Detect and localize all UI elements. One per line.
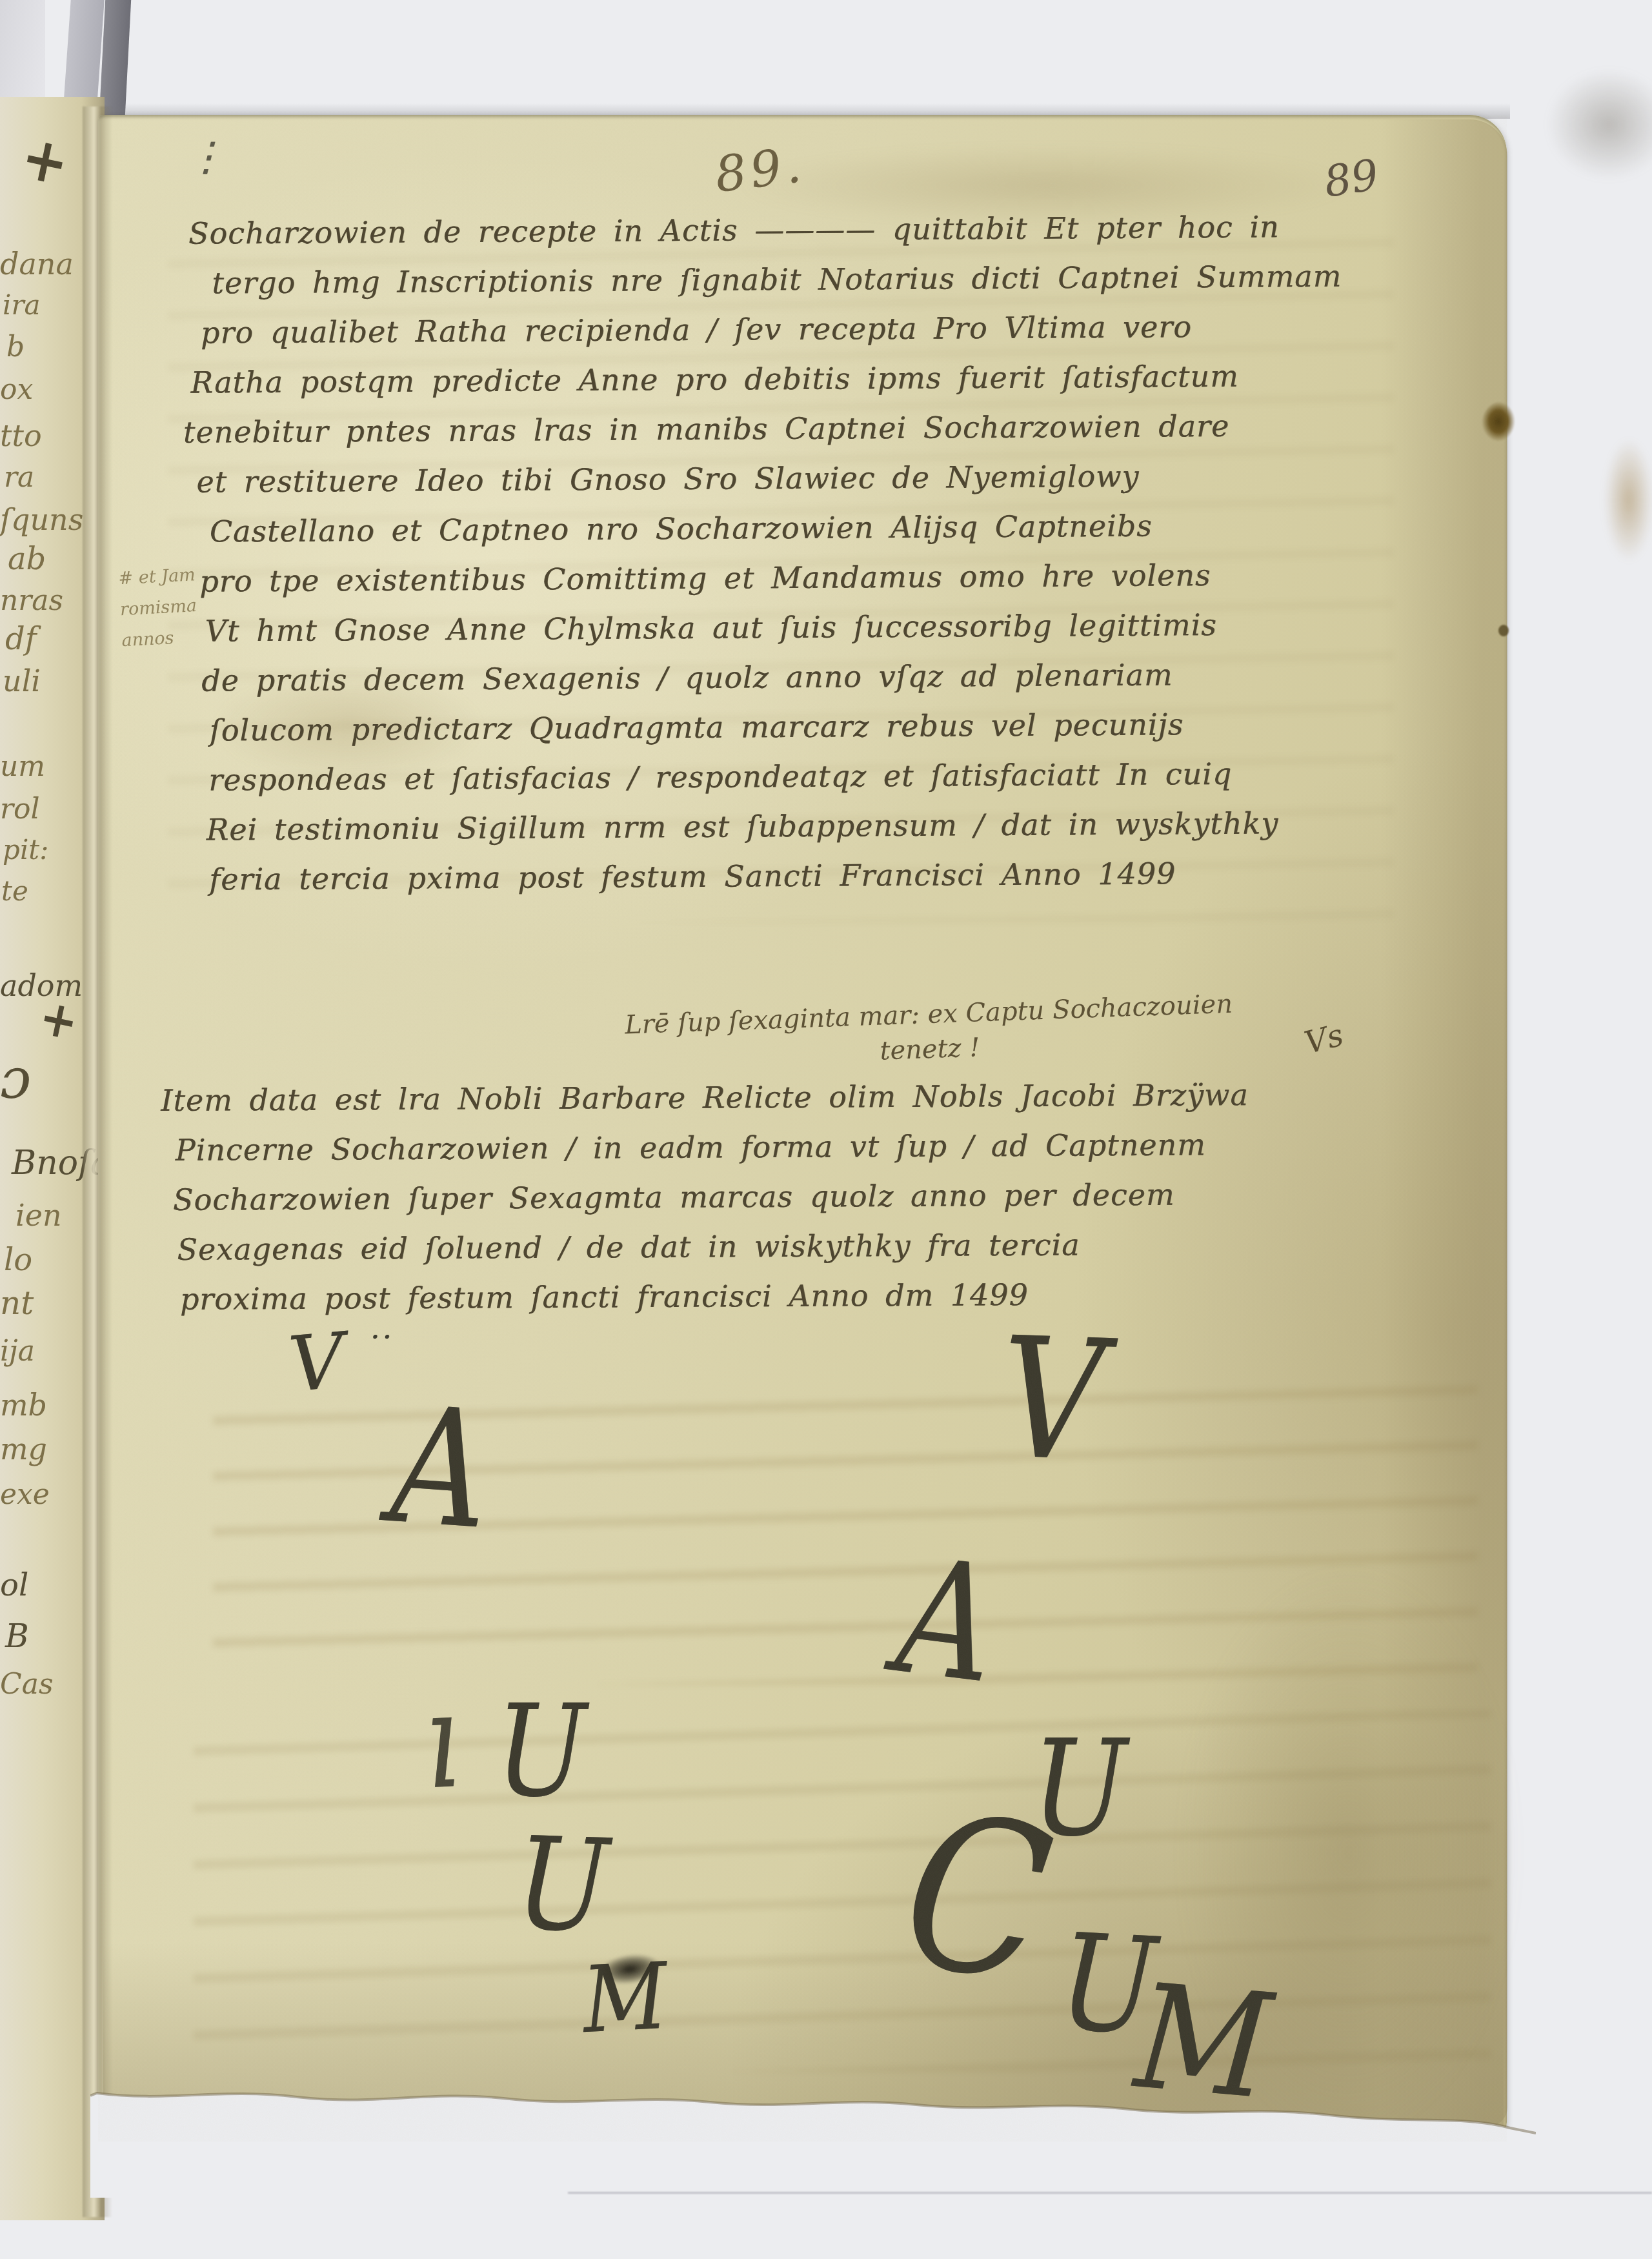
margin-fragment: adom xyxy=(0,968,83,1003)
margin-fragment: dana xyxy=(0,247,74,281)
margin-fragment: ol xyxy=(0,1567,28,1603)
margin-fragment: b xyxy=(6,330,25,363)
brown-stain xyxy=(1604,439,1652,562)
margin-fragment: ab xyxy=(8,541,46,577)
margin-fragment: B xyxy=(5,1617,29,1655)
margin-fragment: pit: xyxy=(3,834,48,866)
margin-fragment: ɔ xyxy=(0,1047,31,1111)
margin-fragment: ira xyxy=(3,289,41,321)
margin-fragment: um xyxy=(0,750,45,783)
margin-fragment: mb xyxy=(0,1388,47,1423)
margin-fragment: ox xyxy=(0,373,33,406)
margin-fragment: Cas xyxy=(0,1668,53,1701)
margin-fragment: te xyxy=(1,875,28,907)
margin-fragment: rol xyxy=(0,793,40,826)
backing-sheet-corner xyxy=(0,0,45,106)
margin-fragment: mg xyxy=(0,1432,47,1466)
manuscript-scan: + + dana ira b ox tto ra ſquns ab nras d… xyxy=(0,0,1652,2259)
smudge-stain xyxy=(1547,70,1652,179)
margin-fragment: ſquns xyxy=(0,502,83,537)
margin-fragment: exe xyxy=(0,1478,50,1511)
margin-fragment: lo xyxy=(4,1242,32,1278)
margin-fragment: ija xyxy=(0,1335,35,1368)
margin-fragment: nt xyxy=(0,1284,34,1322)
margin-fragment: uli xyxy=(3,664,41,698)
margin-fragment: df xyxy=(5,621,37,657)
paper-grain-overlay xyxy=(98,115,1507,2142)
margin-fragment: ien xyxy=(15,1198,62,1233)
margin-fragment: ra xyxy=(4,461,34,494)
margin-fragment: tto xyxy=(0,418,42,453)
margin-fragment: nras xyxy=(0,584,63,617)
backing-crease-line xyxy=(568,2192,1652,2194)
